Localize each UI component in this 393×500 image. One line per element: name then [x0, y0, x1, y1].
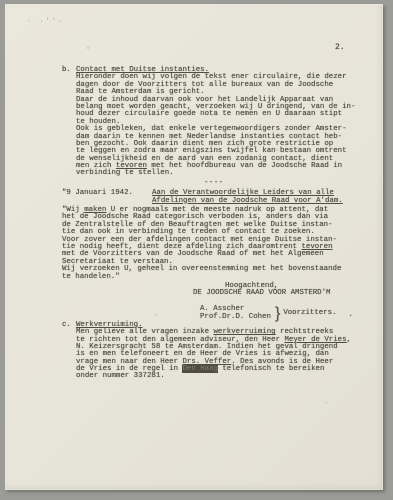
- page-number: 2.: [335, 43, 345, 52]
- text-line: Afdelingen van de Joodsche Raad voor A'd…: [152, 198, 343, 205]
- text-line: onder nummer 337281.: [76, 373, 364, 380]
- text-segment: onder nummer 337281.: [76, 372, 165, 380]
- circular-date: "9 Januari 1942.: [62, 190, 152, 205]
- signer-role: Voorzitters.: [283, 310, 336, 317]
- addressee-lines: Aan de Verantwoordelijke Leiders van all…: [152, 190, 343, 205]
- text-segment: telefonisch te bereiken: [218, 365, 324, 373]
- text-segment: te handelen.": [62, 273, 120, 281]
- signer-names: A. AsscherProf.Dr.D. Cohen: [200, 306, 271, 322]
- document-body: b.Contact met Duitse instanties.Hieronde…: [62, 67, 364, 381]
- section-b-contact-duitse-instanties: b.Contact met Duitse instanties.Hieronde…: [62, 67, 364, 178]
- signature-block: A. AsscherProf.Dr.D. Cohen}Voorzitters..: [200, 306, 364, 322]
- text-line: verbinding te stellen.: [76, 170, 364, 177]
- circular-quote: "Wij maken U er nogmaals met de meeste n…: [62, 207, 364, 281]
- signer-name: Prof.Dr.D. Cohen: [200, 314, 271, 322]
- obscured-text: Den Haag: [182, 365, 217, 373]
- section-separator: ----: [62, 180, 364, 187]
- stray-ink-dot: .: [349, 312, 353, 319]
- underlined-text: Afdelingen van de Joodsche Raad voor A'd…: [152, 197, 343, 205]
- document-page: · ·''· 2. b.Contact met Duitse instantie…: [5, 4, 383, 490]
- item-marker: c.: [62, 322, 71, 329]
- circular-date-and-addressee: "9 Januari 1942.Aan de Verantwoordelijke…: [62, 190, 364, 205]
- closing-line: DE JOODSCHE RAAD VOOR AMSTERD'M: [193, 290, 364, 297]
- section-c-werkverruiming: c.Werkverruiming.Men gelieve alle vragen…: [62, 322, 364, 381]
- text-segment: verbinding te stellen.: [76, 169, 174, 177]
- closing-salutation: Hoogachtend,DE JOODSCHE RAAD VOOR AMSTER…: [62, 283, 364, 298]
- text-segment: ,: [347, 336, 351, 344]
- text-segment: met het hoofdbureau van de Joodsche Raad…: [147, 162, 342, 170]
- brace-glyph: }: [275, 306, 280, 322]
- item-marker: b.: [62, 67, 71, 74]
- text-line: te handelen.": [62, 274, 364, 281]
- pencil-marks: · ·''·: [27, 18, 64, 26]
